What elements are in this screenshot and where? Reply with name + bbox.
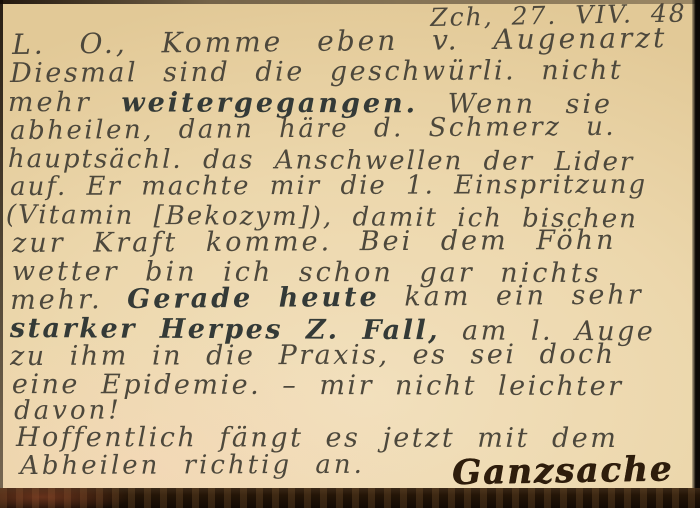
text-segment: Abheilen richtig an.: [20, 450, 365, 481]
text-segment: zu ihm in die Praxis, es sei doch: [10, 339, 616, 372]
text-segment: kam ein sehr: [380, 279, 644, 312]
handwritten-line: zur Kraft komme. Bei dem Föhn: [12, 225, 617, 259]
handwritten-line: mehr. Gerade heute kam ein sehr: [10, 279, 644, 316]
text-segment: Gerade heute: [127, 282, 380, 315]
handwritten-line: auf. Er machte mir die 1. Einspritzung: [10, 170, 647, 202]
text-segment: abheilen, dann häre d. Schmerz u.: [10, 112, 616, 146]
text-segment: mehr: [8, 87, 122, 118]
card-edge-right: [692, 0, 700, 490]
postcard-scan: Zch, 27. VIV. 48 L. O., Komme eben v. Au…: [0, 0, 700, 508]
card-edge-left: [0, 0, 3, 488]
text-segment: auf. Er machte mir die 1. Einspritzung: [10, 170, 647, 202]
handwritten-line: zu ihm in die Praxis, es sei doch: [10, 339, 616, 372]
text-segment: zur Kraft komme. Bei dem Föhn: [12, 225, 617, 259]
text-segment: Diesmal sind die geschwürli. nicht: [10, 55, 623, 89]
handwritten-line: abheilen, dann häre d. Schmerz u.: [10, 112, 616, 146]
card-edge-top: [0, 0, 700, 4]
ganzsache-stamp: Ganzsache: [452, 449, 674, 493]
text-segment: mehr.: [10, 284, 127, 316]
card-edge-bottom: [0, 488, 700, 508]
handwritten-line: Abheilen richtig an.: [20, 450, 365, 481]
handwritten-line: Diesmal sind die geschwürli. nicht: [10, 55, 623, 89]
